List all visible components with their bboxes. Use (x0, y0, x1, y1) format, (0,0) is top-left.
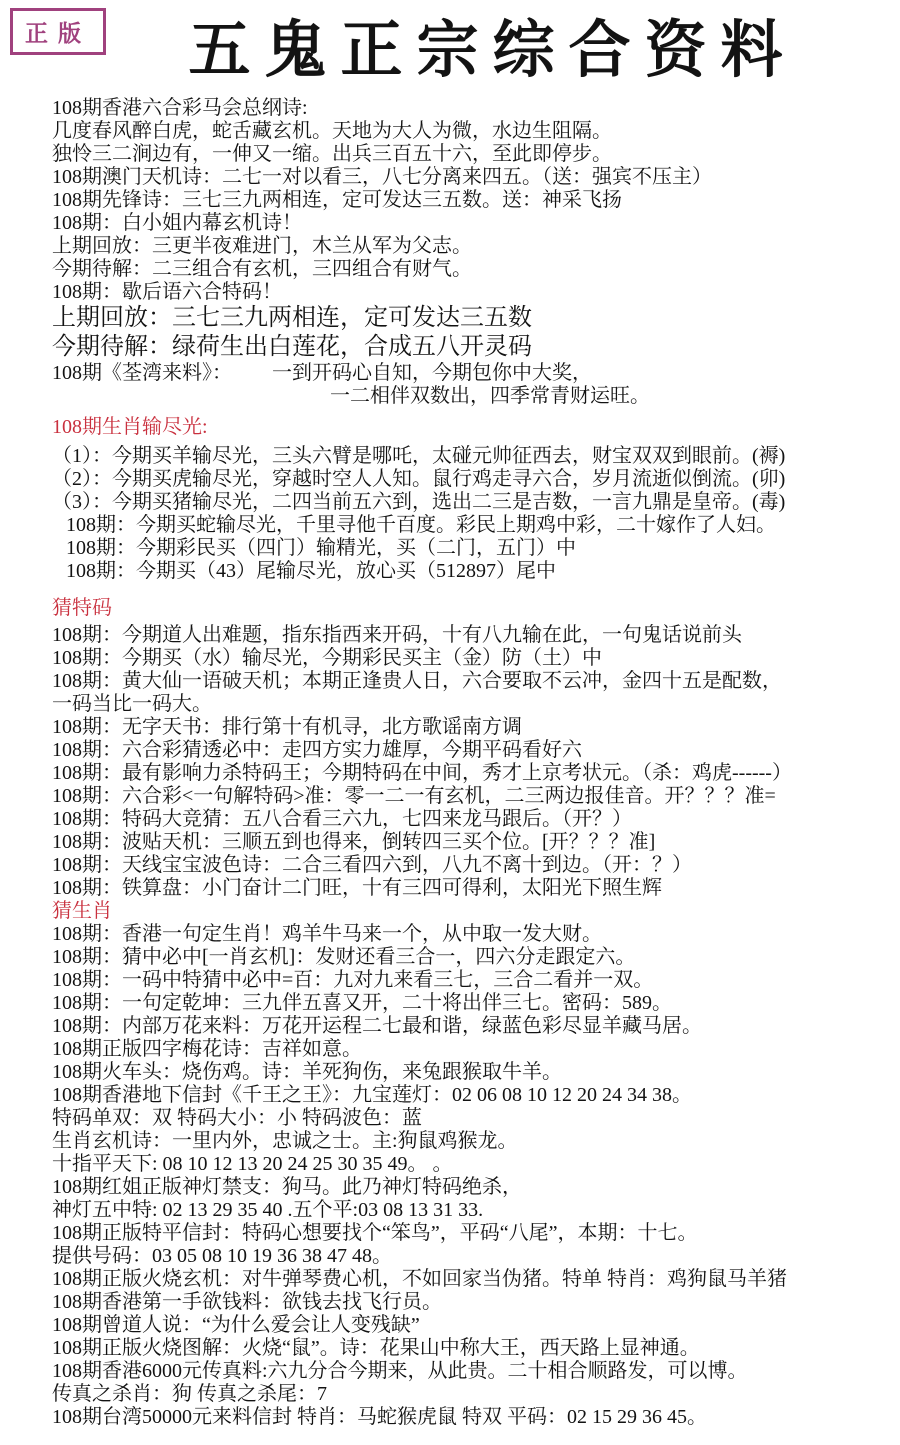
text-line: 生肖玄机诗：一里内外，忠诚之士。主:狗鼠鸡猴龙。 (52, 1130, 896, 1153)
text-line: （2）：今期买虎输尽光，穿越时空人人知。鼠行鸡走寻六合，岁月流逝似倒流。(卯) (52, 468, 896, 491)
content: 108期香港六合彩马会总纲诗:几度春风醉白虎，蛇舌藏玄机。天地为大人为微，水边生… (0, 95, 900, 1429)
text-line: 108期：无字天书：排行第十有机寻，北方歌谣南方调 (52, 716, 896, 739)
text-line: 今期待解：二三组合有玄机，三四组合有财气。 (52, 258, 896, 281)
text-line: 108期香港地下信封《千王之王》：九宝莲灯：02 06 08 10 12 20 … (52, 1084, 896, 1107)
text-line: 108期正版四字梅花诗：吉祥如意。 (52, 1038, 896, 1061)
text-line: 提供号码：03 05 08 10 19 36 38 47 48。 (52, 1245, 896, 1268)
text-line: 108期曾道人说：“为什么爱会让人变残缺” (52, 1314, 896, 1337)
text-line: 108期先锋诗：三七三九两相连，定可发达三五数。送：神采飞扬 (52, 189, 896, 212)
text-line: 特码单双：双 特码大小：小 特码波色：蓝 (52, 1107, 896, 1130)
text-line: 108期香港六合彩马会总纲诗: (52, 97, 896, 120)
text-line: 108期正版特平信封：特码心想要找个“笨鸟”，平码“八尾”，本期：十七。 (52, 1222, 896, 1245)
text-line: 108期生肖输尽光: (52, 416, 896, 439)
text-line: 108期：天线宝宝波色诗：二合三看四六到，八九不离十到边。（开：？） (52, 854, 896, 877)
text-line: 108期：六合彩<一句解特码>准：零一二一有玄机，二三两边报佳音。开？？？准= (52, 785, 896, 808)
text-line: 108期：一码中特猜中必中=百：九对九来看三七，三合二看并一双。 (52, 969, 896, 992)
text-line: 108期香港第一手欲钱料：欲钱去找飞行员。 (52, 1291, 896, 1314)
text-line: 神灯五中特: 02 13 29 35 40 .五个平:03 08 13 31 3… (52, 1199, 896, 1222)
text-line: 上期回放：三更半夜难进门，木兰从军为父志。 (52, 235, 896, 258)
text-line: 108期正版火烧图解：火烧“鼠”。诗：花果山中称大王，西天路上显神通。 (52, 1337, 896, 1360)
text-line: 108期：一句定乾坤：三九伴五喜又开，二十将出伴三七。密码：589。 (52, 992, 896, 1015)
text-line: 108期：黄大仙一语破天机；本期正逢贵人日，六合要取不云冲，金四十五是配数， (52, 670, 896, 693)
text-line: 108期澳门天机诗：二七一对以看三，八七分离来四五。（送：强宾不压主） (52, 166, 896, 189)
text-line: 108期：内部万花来料：万花开运程二七最和谐，绿蓝色彩尽显羊藏马居。 (52, 1015, 896, 1038)
text-line: 108期：铁算盘：小门奋计二门旺，十有三四可得利，太阳光下照生辉 (52, 877, 896, 900)
text-line: 108期《荃湾来料》： 一到开码心自知，今期包你中大奖， (52, 362, 896, 385)
text-line: 一二相伴双数出，四季常青财运旺。 (52, 385, 896, 408)
text-line: 108期火车头：烧伤鸡。诗：羊死狗伤，来兔跟猴取牛羊。 (52, 1061, 896, 1084)
text-line: 传真之杀肖：狗 传真之杀尾：7 (52, 1383, 896, 1406)
text-line: 几度春风醉白虎，蛇舌藏玄机。天地为大人为微，水边生阻隔。 (52, 120, 896, 143)
text-line: 独怜三二涧边有，一伸又一缩。出兵三百五十六，至此即停步。 (52, 143, 896, 166)
text-line: 108期台湾50000元来料信封 特肖：马蛇猴虎鼠 特双 平码：02 15 29… (52, 1406, 896, 1429)
text-line: 108期：今期彩民买（四门）输精光，买（二门，五门）中 (52, 537, 896, 560)
text-line: 108期：六合彩猜透必中：走四方实力雄厚，今期平码看好六 (52, 739, 896, 762)
text-line: （3）：今期买猪输尽光，二四当前五六到，选出二三是吉数，一言九鼎是皇帝。(毒) (52, 491, 896, 514)
text-line: 108期：今期买蛇输尽光，千里寻他千百度。彩民上期鸡中彩，二十嫁作了人妇。 (52, 514, 896, 537)
text-line: 108期：歇后语六合特码！ (52, 281, 896, 304)
page-title: 五鬼正宗综合资料 (0, 16, 900, 87)
text-line: 108期：猜中必中[一肖玄机]：发财还看三合一，四六分走跟定六。 (52, 946, 896, 969)
text-line: 108期：香港一句定生肖！鸡羊牛马来一个，从中取一发大财。 (52, 923, 896, 946)
text-line: 108期香港6000元传真料:六九分合今期来，从此贵。二十相合顺路发，可以博。 (52, 1360, 896, 1383)
text-line: 108期红姐正版神灯禁支：狗马。此乃神灯特码绝杀， (52, 1176, 896, 1199)
text-line: 108期正版火烧玄机：对牛弹琴费心机，不如回家当伪猪。特单 特肖：鸡狗鼠马羊猪 (52, 1268, 896, 1291)
text-line: （1）：今期买羊输尽光，三头六臂是哪吒，太碰元帅征西去，财宝双双到眼前。(褥) (52, 445, 896, 468)
authentic-badge: 正版 (10, 8, 106, 55)
text-line: 十指平天下: 08 10 12 13 20 24 25 30 35 49。 。 (52, 1153, 896, 1176)
text-line: 108期：今期买（43）尾输尽光，放心买（512897）尾中 (52, 560, 896, 583)
text-line: 猜生肖 (52, 900, 896, 923)
text-line: 108期：白小姐内幕玄机诗！ (52, 212, 896, 235)
text-line: 108期：特码大竞猜：五八合看三六九，七四来龙马跟后。（开？） (52, 808, 896, 831)
text-line: 上期回放：三七三九两相连，定可发达三五数 (52, 304, 896, 333)
text-line: 一码当比一码大。 (52, 693, 896, 716)
text-line: 108期：波贴天机：三顺五到也得来，倒转四三买个位。[开？？？准] (52, 831, 896, 854)
text-line: 猜特码 (52, 597, 896, 620)
text-line: 今期待解：绿荷生出白莲花，合成五八开灵码 (52, 333, 896, 362)
text-line: 108期：最有影响力杀特码王；今期特码在中间，秀才上京考状元。（杀：鸡虎----… (52, 762, 896, 785)
text-line: 108期：今期买（水）输尽光，今期彩民买主（金）防（土）中 (52, 647, 896, 670)
text-line: 108期：今期道人出难题，指东指西来开码，十有八九输在此，一句鬼话说前头 (52, 624, 896, 647)
